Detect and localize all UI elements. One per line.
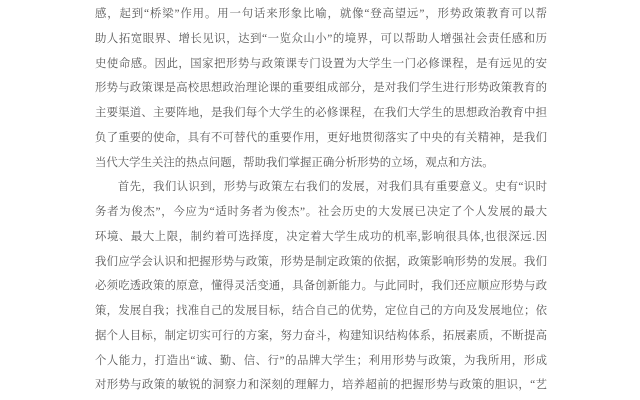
text-line: 个人能力，打造出“诚、勤、信、行”的品牌大学生；利用形势与政策，为我所用，形成 <box>95 349 547 374</box>
text-line: 负了重要的使命，具有不可替代的重要作用，更好地贯彻落实了中央的有关精神，是我们 <box>95 126 547 151</box>
text-line: 当代大学生关注的热点问题，帮助我们掌握正确分析形势的立场，观点和方法。 <box>95 151 547 176</box>
text-line: 我们应学会认识和把握形势与政策，形势是制定政策的依据，政策影响形势的发展。我们 <box>95 250 547 275</box>
text-line: 策，发展自我；找准自己的发展目标，结合自己的优势，定位自己的方向及发展地位；依 <box>95 299 547 324</box>
text-line: 主要渠道、主要阵地，是我们每个大学生的必修课程，在我们大学生的思想政治教育中担 <box>95 101 547 126</box>
text-line: 形势与政策课是高校思想政治理论课的重要组成部分，是对我们学生进行形势政策教育的 <box>95 76 547 101</box>
text-line: 助人拓宽眼界、增长见识，达到“一览众山小”的境界，可以帮助人增强社会责任感和历 <box>95 27 547 52</box>
text-line: 对形势与政策的敏锐的洞察力和深刻的理解力，培养超前的把握形势与政策的胆识，“艺 <box>95 373 547 398</box>
document-page: 感，起到“桥梁”作用。用一句话来形象比喻，就像“登高望远”，形势政策教育可以帮助… <box>0 0 640 400</box>
document-text: 感，起到“桥梁”作用。用一句话来形象比喻，就像“登高望远”，形势政策教育可以帮助… <box>95 2 547 398</box>
text-line: 感，起到“桥梁”作用。用一句话来形象比喻，就像“登高望远”，形势政策教育可以帮 <box>95 2 547 27</box>
text-line: 据个人目标，制定切实可行的方案，努力奋斗，构建知识结构体系，拓展素质，不断提高 <box>95 324 547 349</box>
text-line: 必须吃透政策的原意，懂得灵活变通，具备创新能力。与此同时，我们还应顺应形势与政 <box>95 274 547 299</box>
text-line: 首先，我们认识到，形势与政策左右我们的发展，对我们具有重要意义。史有“识时 <box>95 175 547 200</box>
text-line: 务者为俊杰”，今应为“适时务者为俊杰”。社会历史的大发展已决定了个人发展的最大 <box>95 200 547 225</box>
text-line: 环境、最大上限，制约着可选择度，决定着大学生成功的机率,影响很具体,也很深远.因… <box>95 225 547 250</box>
text-line: 史使命感。因此，国家把形势与政策课专门设置为大学生一门必修课程，是有远见的安排。 <box>95 52 547 77</box>
